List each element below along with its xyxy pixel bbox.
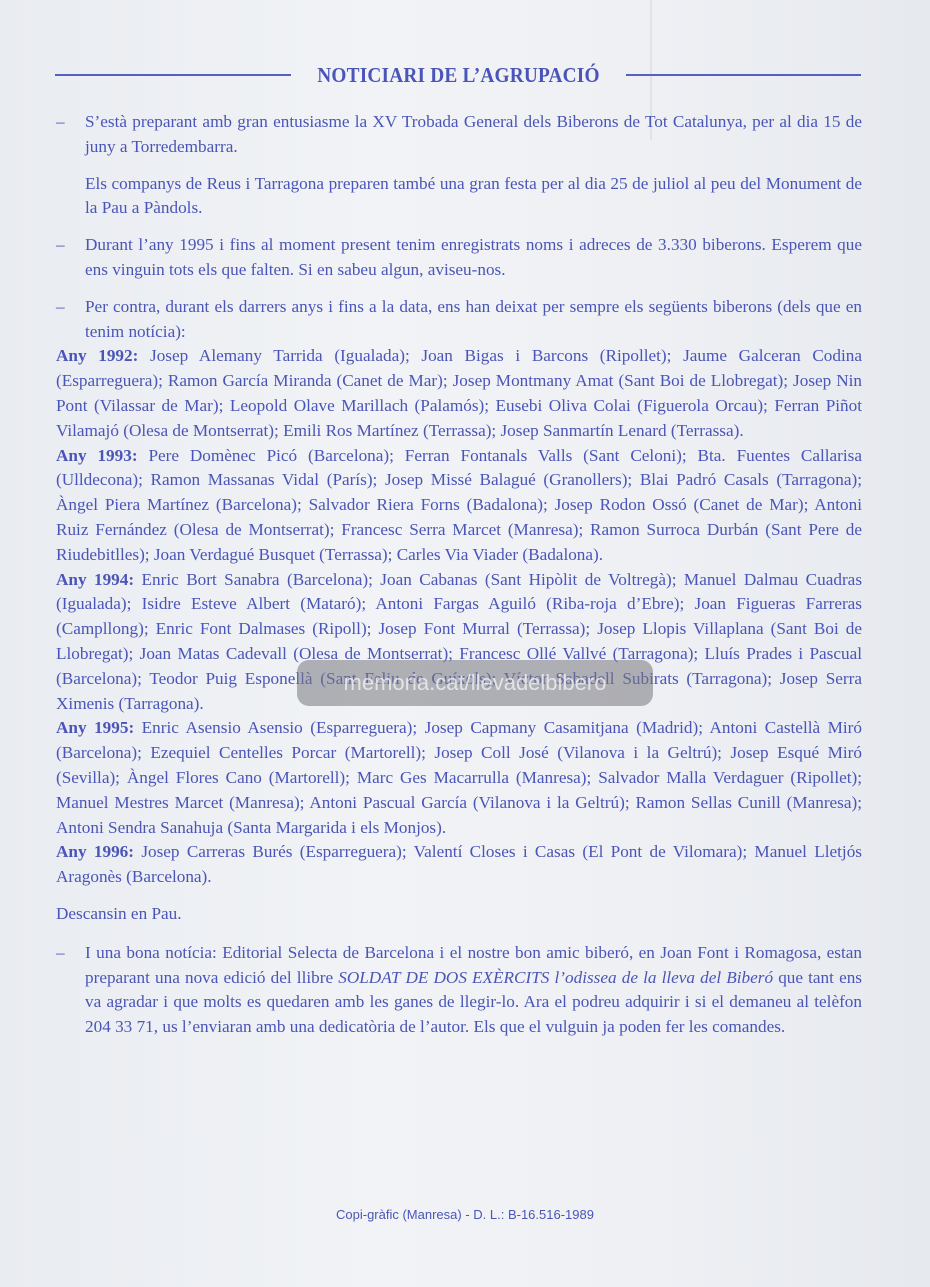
news-body: – S’està preparant amb gran entusiasme l…: [56, 110, 862, 1052]
page-title: NOTICIARI DE L’AGRUPACIÓ: [304, 63, 612, 88]
obituary-year: Any 1992: Josep Alemany Tarrida (Igualad…: [56, 344, 862, 443]
rest-in-peace: Descansin en Pau.: [56, 902, 862, 927]
obituary-list: Any 1992: Josep Alemany Tarrida (Igualad…: [56, 344, 862, 890]
news-text: Per contra, durant els darrers anys i fi…: [85, 297, 862, 341]
news-item-trobada: – S’està preparant amb gran entusiasme l…: [56, 110, 862, 160]
year-label: Any 1994:: [56, 570, 134, 589]
dash-bullet: –: [56, 233, 65, 258]
watermark-overlay: memoria.cat/llevadelbibero: [297, 660, 653, 706]
obituary-names: Pere Domènec Picó (Barcelona); Ferran Fo…: [56, 446, 862, 564]
news-item-registre: – Durant l’any 1995 i fins al moment pre…: [56, 233, 862, 283]
obituary-names: Enric Asensio Asensio (Esparreguera); Jo…: [56, 718, 862, 836]
book-title: SOLDAT DE DOS EXÈRCITS l’odissea de la l…: [338, 968, 773, 987]
header-rule-right: [626, 74, 862, 76]
dash-bullet: –: [56, 295, 65, 320]
obituary-names: Josep Carreras Burés (Esparreguera); Val…: [56, 842, 862, 886]
news-item-festa: Els companys de Reus i Tarragona prepare…: [56, 172, 862, 222]
header-rule-left: [55, 74, 291, 76]
news-text: Els companys de Reus i Tarragona prepare…: [85, 174, 862, 218]
news-text: S’està preparant amb gran entusiasme la …: [85, 112, 862, 156]
document-page: NOTICIARI DE L’AGRUPACIÓ – S’està prepar…: [0, 0, 930, 1287]
obituary-year: Any 1995: Enric Asensio Asensio (Esparre…: [56, 716, 862, 840]
obituary-names: Josep Alemany Tarrida (Igualada); Joan B…: [56, 346, 862, 439]
section-header: NOTICIARI DE L’AGRUPACIÓ: [55, 60, 861, 90]
year-label: Any 1993:: [56, 446, 138, 465]
printer-footer: Copi-gràfic (Manresa) - D. L.: B-16.516-…: [0, 1207, 930, 1222]
year-label: Any 1995:: [56, 718, 134, 737]
news-item-necrologia: – Per contra, durant els darrers anys i …: [56, 295, 862, 345]
obituary-year: Any 1993: Pere Domènec Picó (Barcelona);…: [56, 444, 862, 568]
obituary-year: Any 1996: Josep Carreras Burés (Esparreg…: [56, 840, 862, 890]
news-item-book: – I una bona notícia: Editorial Selecta …: [56, 941, 862, 1040]
year-label: Any 1996:: [56, 842, 134, 861]
year-label: Any 1992:: [56, 346, 138, 365]
news-text: Durant l’any 1995 i fins al moment prese…: [85, 235, 862, 279]
dash-bullet: –: [56, 941, 65, 966]
dash-bullet: –: [56, 110, 65, 135]
